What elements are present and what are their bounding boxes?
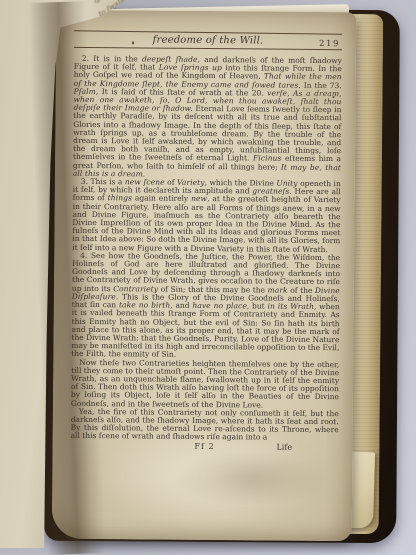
ink-speck	[333, 96, 335, 98]
page-number: 219	[319, 39, 340, 49]
header-row: freedome of the Will. 219	[74, 32, 342, 49]
ink-speck	[132, 41, 134, 44]
paragraph: Now theſe two Contrarieties heighten the…	[71, 358, 339, 410]
signature-mark: Ff 2	[70, 441, 338, 452]
paragraph: 3. This is a new ſcene of Variety, which…	[72, 178, 341, 254]
page-shadow-dimple	[172, 451, 332, 507]
paragraph: Yea, the fire of this Contrariety not on…	[71, 408, 339, 443]
page-header: freedome of the Will. 219	[74, 31, 342, 50]
catchword: Life	[276, 443, 292, 451]
body-text: , when it is vailed beneath this ſtrange…	[71, 302, 339, 359]
running-title: freedome of the Will.	[74, 34, 342, 47]
signature-row: Ff 2Life	[70, 441, 338, 453]
book-photo-scene: freedome of the Will. 219 2. It is in th…	[0, 0, 416, 555]
right-page: freedome of the Will. 219 2. It is in th…	[52, 10, 357, 542]
body-text: Yea, the fire of this Contrariety not on…	[71, 407, 339, 442]
body-text: Now theſe two Contrarieties heighten the…	[71, 357, 339, 409]
paragraph: 4. See how the Goodneſs, the Juſtice, th…	[71, 252, 340, 361]
body-text: , at the greateſt heighth of Variety in …	[72, 194, 341, 253]
